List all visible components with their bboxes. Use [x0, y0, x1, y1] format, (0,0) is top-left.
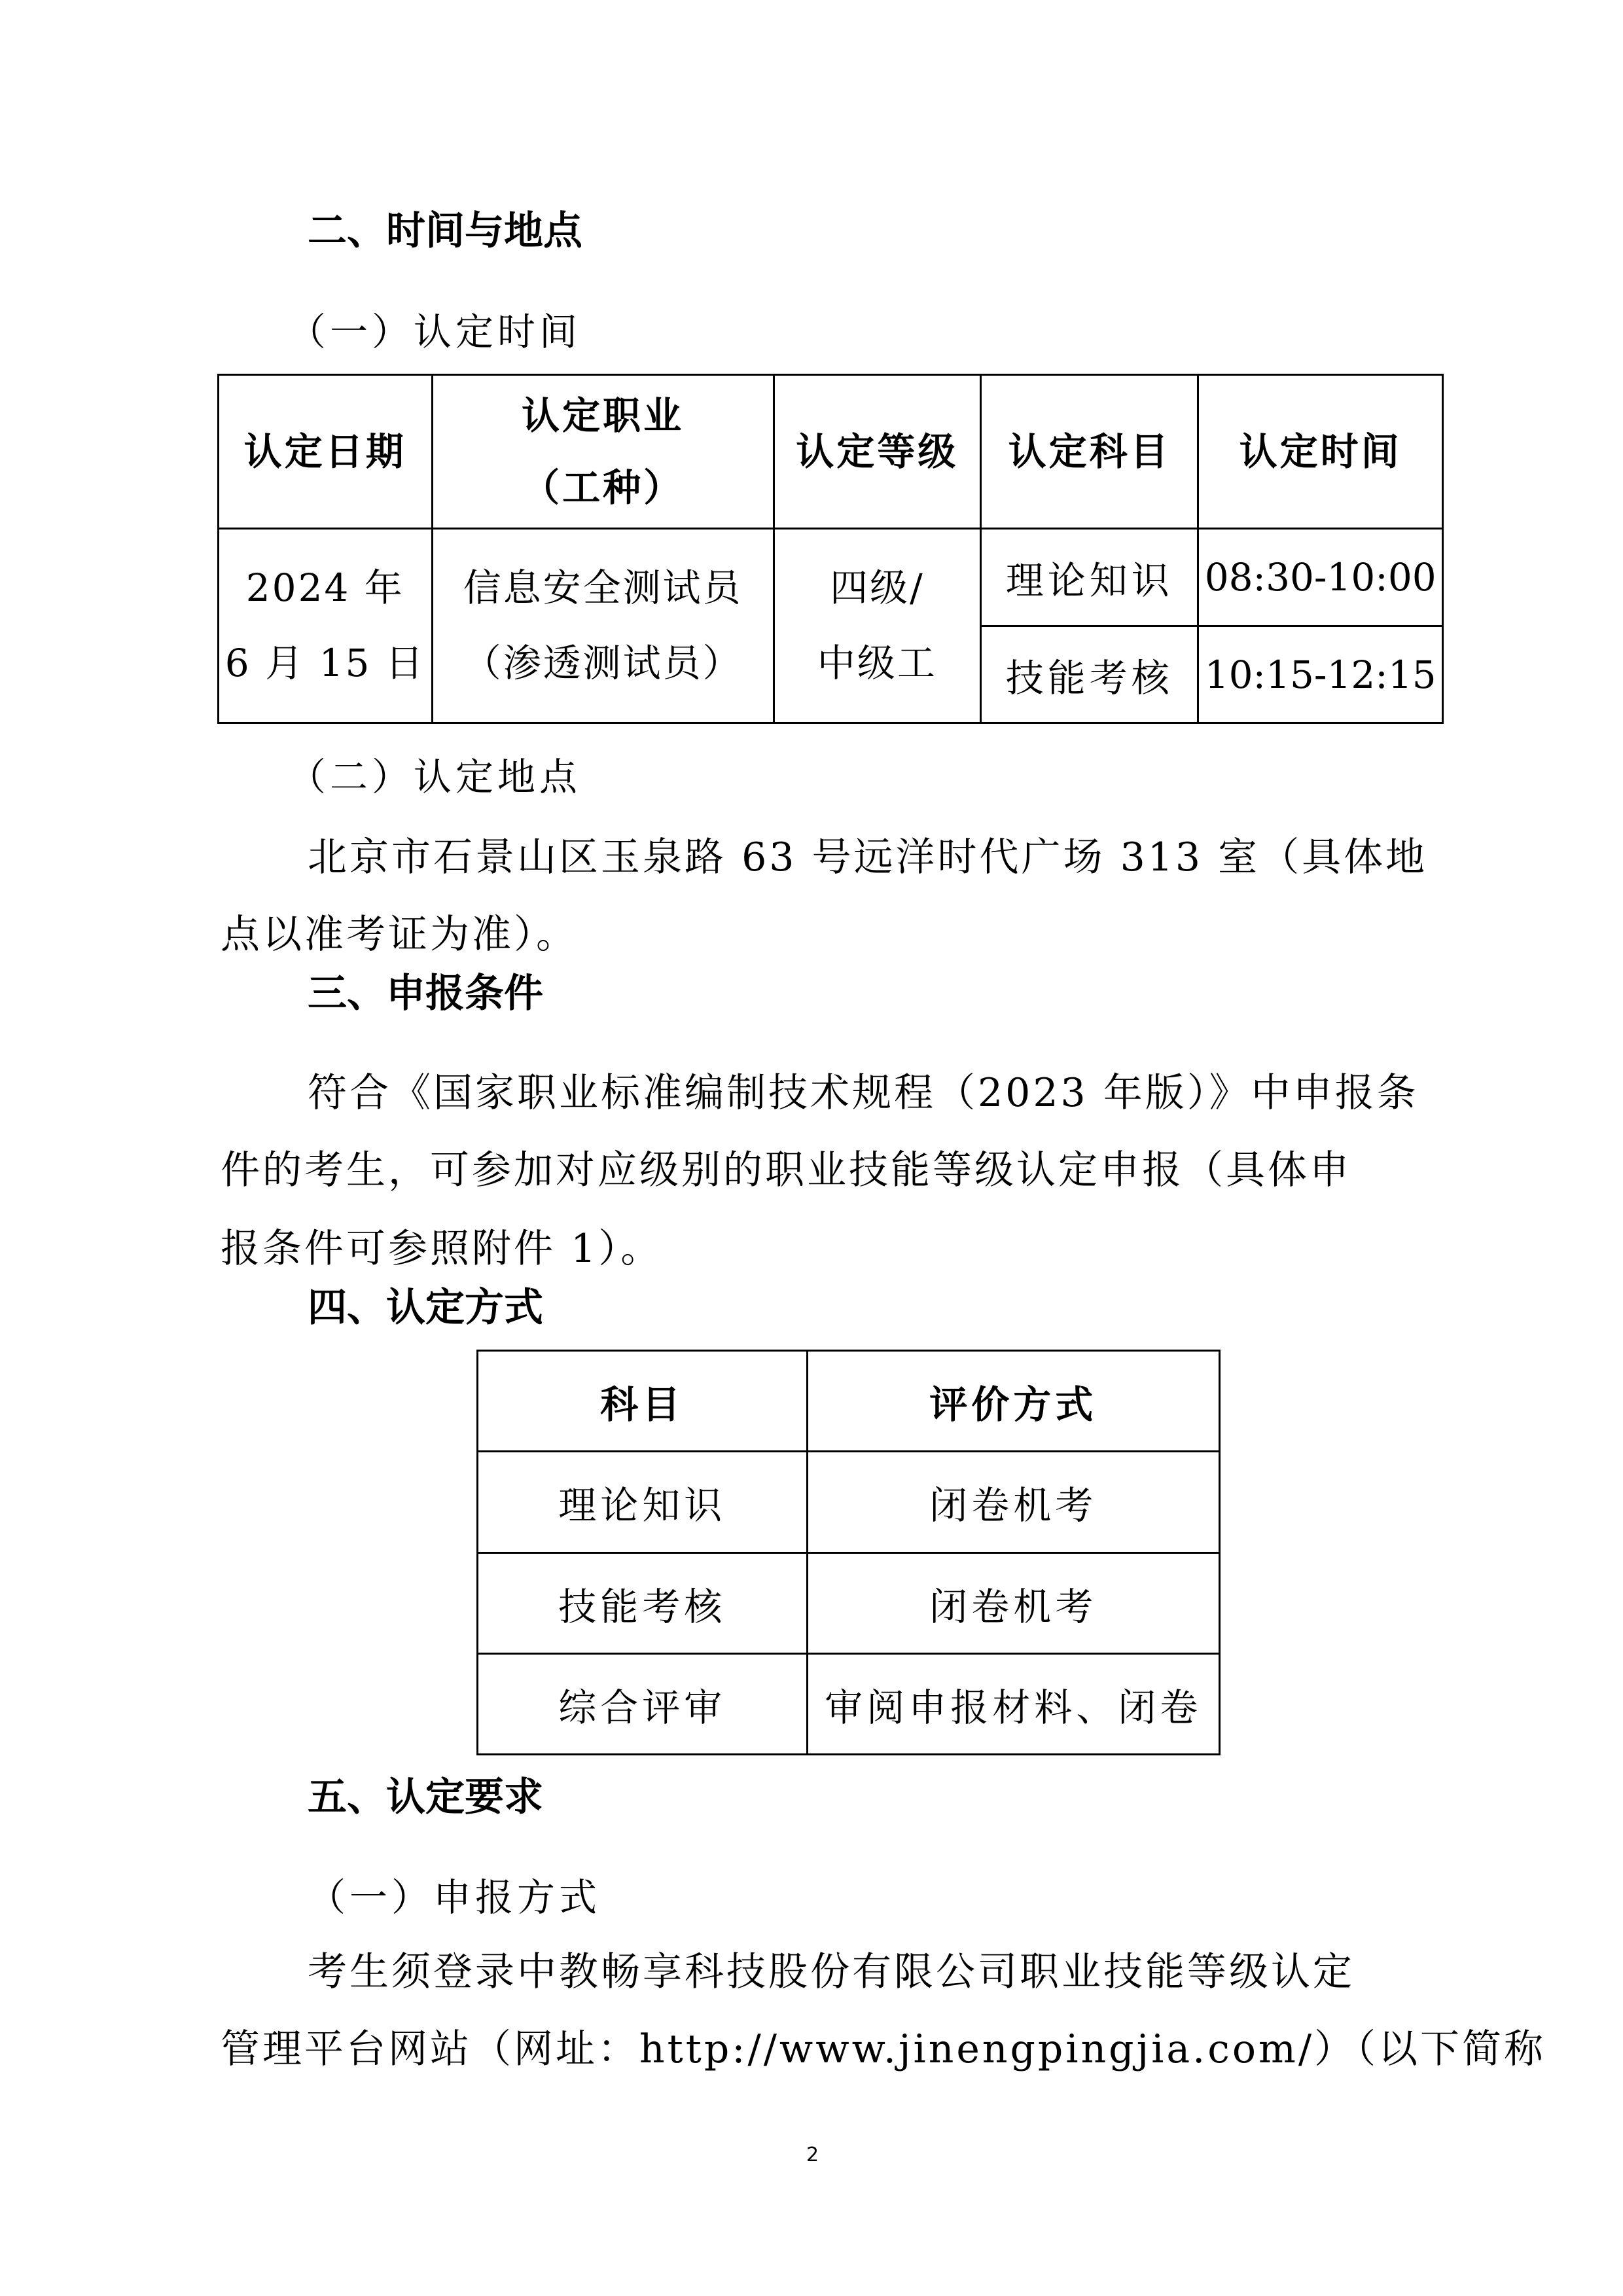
subsection-heading: （一）申报方式 — [308, 1867, 601, 1922]
paragraph-line: 报条件可参照附件 1）。 — [221, 1217, 662, 1274]
schedule-table: 认定日期 认定职业 （工种） 认定等级 认定科目 认定时间 2024 年 6 月… — [217, 374, 1444, 724]
header-occupation-line2: （工种） — [433, 452, 773, 524]
subject-cell: 理论知识 — [981, 529, 1198, 626]
subject-cell: 理论知识 — [478, 1452, 808, 1553]
subject-cell: 综合评审 — [478, 1654, 808, 1755]
paragraph-line: 点以准考证为准）。 — [221, 903, 578, 960]
method-cell: 审阅申报材料、闭卷 — [807, 1654, 1219, 1755]
paragraph-line: 管理平台网站（网址：http://www.jinengpingjia.com/）… — [221, 2018, 1546, 2074]
header-subject: 认定科目 — [981, 375, 1198, 529]
method-table: 科目 评价方式 理论知识 闭卷机考 技能考核 闭卷机考 综合评审 审阅申报材料、… — [476, 1350, 1221, 1755]
section-heading: 五、认定要求 — [308, 1766, 543, 1822]
occupation-cell: 信息安全测试员 （渗透测试员） — [432, 529, 774, 723]
header-time: 认定时间 — [1198, 375, 1443, 529]
occupation-line1: 信息安全测试员 — [433, 550, 773, 626]
level-line2: 中级工 — [775, 626, 980, 701]
section-heading: 二、时间与地点 — [308, 200, 582, 256]
section-heading: 三、申报条件 — [308, 962, 543, 1018]
header-occupation: 认定职业 （工种） — [432, 375, 774, 529]
subsection-heading: （二）认定地点 — [288, 746, 581, 801]
occupation-line2: （渗透测试员） — [433, 626, 773, 701]
header-level: 认定等级 — [774, 375, 980, 529]
method-cell: 闭卷机考 — [807, 1553, 1219, 1654]
subsection-heading: （一）认定时间 — [288, 301, 581, 356]
header-subject: 科目 — [478, 1351, 808, 1452]
subject-cell: 技能考核 — [478, 1553, 808, 1654]
paragraph-line: 北京市石景山区玉泉路 63 号远洋时代广场 313 室（具体地 — [308, 826, 1427, 882]
date-cell: 2024 年 6 月 15 日 — [219, 529, 433, 723]
subject-cell: 技能考核 — [981, 626, 1198, 723]
date-line2: 6 月 15 日 — [219, 626, 431, 701]
section-heading: 四、认定方式 — [308, 1276, 543, 1333]
level-cell: 四级/ 中级工 — [774, 529, 980, 723]
header-method: 评价方式 — [807, 1351, 1219, 1452]
time-cell: 10:15-12:15 — [1198, 626, 1443, 723]
header-occupation-line1: 认定职业 — [433, 380, 773, 452]
level-line1: 四级/ — [775, 550, 980, 626]
time-cell: 08:30-10:00 — [1198, 529, 1443, 626]
paragraph-line: 考生须登录中教畅享科技股份有限公司职业技能等级认定 — [308, 1941, 1355, 1997]
header-date: 认定日期 — [219, 375, 433, 529]
method-cell: 闭卷机考 — [807, 1452, 1219, 1553]
paragraph-line: 符合《国家职业标准编制技术规程（2023 年版）》中申报条 — [308, 1062, 1419, 1118]
paragraph-line: 件的考生，可参加对应级别的职业技能等级认定申报（具体申 — [221, 1139, 1351, 1195]
date-line1: 2024 年 — [219, 550, 431, 626]
page-number: 2 — [806, 2144, 819, 2166]
